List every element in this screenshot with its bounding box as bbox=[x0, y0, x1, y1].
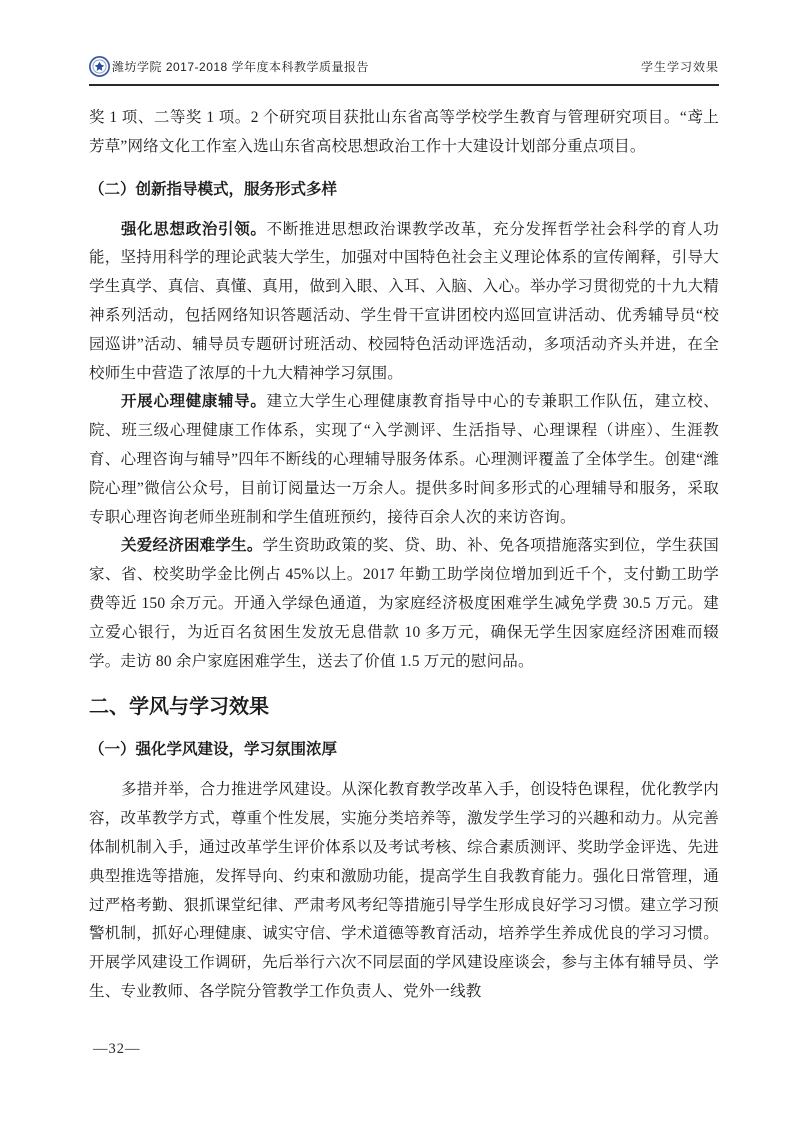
heading-section-2: 二、学风与学习效果 bbox=[89, 692, 719, 722]
paragraph-psychology-lead: 开展心理健康辅导。 bbox=[121, 393, 267, 410]
header-section-label: 学生学习效果 bbox=[641, 58, 719, 75]
paragraph-psychology-text: 建立大学生心理健康教育指导中心的专兼职工作队伍，建立校、院、班三级心理健康工作体… bbox=[89, 393, 719, 525]
document-body: 奖 1 项、二等奖 1 项。2 个研究项目获批山东省高等学校学生教育与管理研究项… bbox=[89, 104, 719, 1007]
heading-section-2-2: （二）创新指导模式，服务形式多样 bbox=[89, 176, 719, 204]
paragraph-poverty-lead: 关爱经济困难学生。 bbox=[121, 537, 263, 554]
report-title: 潍坊学院 2017-2018 学年度本科教学质量报告 bbox=[112, 58, 369, 75]
header-left: 潍坊学院 2017-2018 学年度本科教学质量报告 bbox=[89, 56, 369, 77]
university-seal-icon bbox=[89, 56, 110, 77]
paragraph-continuation: 奖 1 项、二等奖 1 项。2 个研究项目获批山东省高等学校学生教育与管理研究项… bbox=[89, 104, 719, 162]
paragraph-ideology-text: 不断推进思想政治课教学改革，充分发挥哲学社会科学的育人功能，坚持用科学的理论武装… bbox=[89, 221, 719, 382]
paragraph-study-style: 多措并举，合力推进学风建设。从深化教育教学改革入手，创设特色课程，优化教学内容，… bbox=[89, 776, 719, 1006]
paragraph-poverty-text: 学生资助政策的奖、贷、助、补、免各项措施落实到位，学生获国家、省、校奖助学金比例… bbox=[89, 537, 719, 669]
paragraph-poverty: 关爱经济困难学生。学生资助政策的奖、贷、助、补、免各项措施落实到位，学生获国家、… bbox=[89, 532, 719, 676]
page-number: —32— bbox=[93, 1041, 141, 1058]
page-header: 潍坊学院 2017-2018 学年度本科教学质量报告 学生学习效果 bbox=[89, 56, 719, 86]
document-page: 潍坊学院 2017-2018 学年度本科教学质量报告 学生学习效果 奖 1 项、… bbox=[0, 0, 800, 1131]
paragraph-ideology-lead: 强化思想政治引领。 bbox=[121, 221, 267, 238]
paragraph-ideology: 强化思想政治引领。不断推进思想政治课教学改革，充分发挥哲学社会科学的育人功能，坚… bbox=[89, 216, 719, 389]
paragraph-psychology: 开展心理健康辅导。建立大学生心理健康教育指导中心的专兼职工作队伍，建立校、院、班… bbox=[89, 388, 719, 532]
heading-section-2-1: （一）强化学风建设，学习氛围浓厚 bbox=[89, 736, 719, 764]
